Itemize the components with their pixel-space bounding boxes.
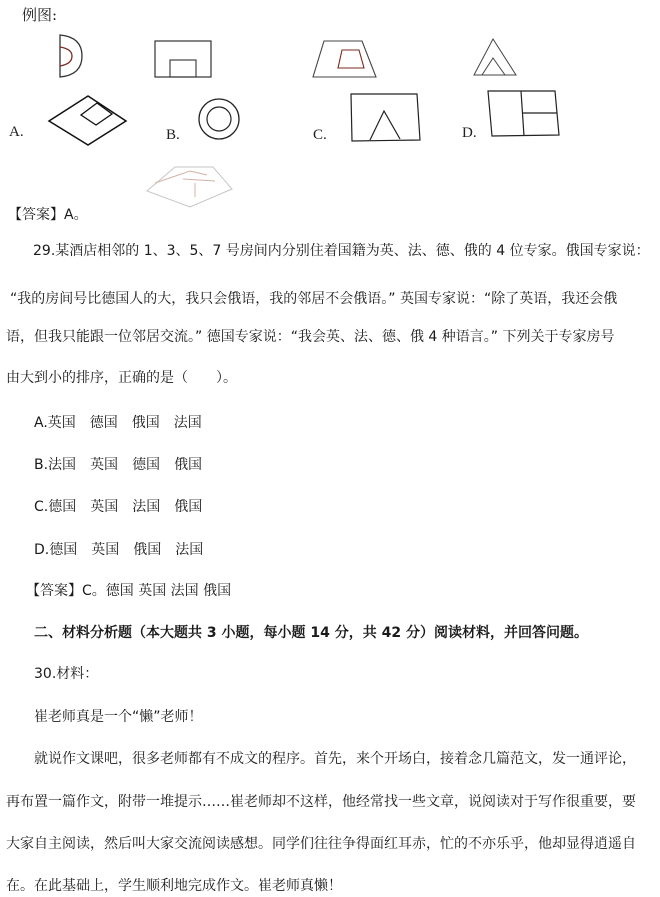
answer-28: 【答案】A。	[8, 206, 88, 224]
rhombus-with-inner-square-icon	[48, 95, 132, 147]
faint-parallelogram-mark	[135, 165, 235, 210]
option-d-letter: D.	[462, 125, 477, 142]
option-item: 法国	[132, 499, 160, 515]
option-29-c[interactable]: C.德国英国法国俄国	[34, 498, 202, 516]
option-item: 法国	[175, 542, 203, 558]
option-29-d[interactable]: D.德国英国俄国法国	[34, 541, 203, 559]
material-line-1: 就说作文课吧，很多老师都有不成文的程序。首先，来个开场白，接着念几篇范文，发一通…	[34, 750, 636, 768]
option-29-a[interactable]: A.英国德国俄国法国	[34, 414, 202, 432]
concentric-circles-icon	[197, 97, 243, 143]
rectangle-with-triangle-icon	[350, 93, 422, 143]
section-two-heading: 二、材料分析题（本大题共 3 小题，每小题 14 分，共 42 分）阅读材料，并…	[34, 624, 588, 642]
option-label: D.德国	[34, 542, 77, 558]
option-29-b[interactable]: B.法国英国德国俄国	[34, 456, 202, 474]
option-item: 俄国	[174, 499, 202, 515]
material-line-2: 再布置一篇作文，附带一堆提示……崔老师却不这样，他经常找一些文章，说阅读对于写作…	[6, 793, 636, 811]
option-c-letter: C.	[313, 127, 327, 144]
option-item: 德国	[90, 415, 118, 431]
question-30-label: 30.材料：	[34, 665, 98, 683]
rectangle-split-grid-icon	[487, 90, 561, 140]
option-label: A.英国	[34, 415, 76, 431]
option-item: 法国	[174, 415, 202, 431]
option-item: 英国	[91, 542, 119, 558]
option-label: B.法国	[34, 457, 76, 473]
material-line-4: 在。在此基础上，学生顺利地完成作文。崔老师真懒！	[6, 877, 342, 895]
option-b-letter: B.	[166, 127, 180, 144]
triangle-figure	[473, 38, 519, 78]
question-29-line-3: 语，但我只能跟一位邻居交流。” 德国专家说：“我会英、法、德、俄 4 种语言。”…	[6, 328, 614, 346]
d-shape-figure	[58, 33, 84, 79]
question-29-line-2: “我的房间号比德国人的大，我只会俄语，我的邻居不会俄语。” 英国专家说：“除了英…	[10, 290, 617, 308]
question-29-line-4: 由大到小的排序，正确的是（ ）。	[6, 369, 237, 387]
material-line-3: 大家自主阅读，然后叫大家交流阅读感想。同学们往往争得面红耳赤，忙的不亦乐乎，他却…	[6, 835, 636, 853]
option-item: 英国	[90, 457, 118, 473]
trapezoid-figure	[312, 39, 382, 81]
material-title: 崔老师真是一个“懒”老师！	[34, 708, 203, 726]
option-item: 俄国	[133, 542, 161, 558]
rectangle-with-inner-rect-figure	[154, 40, 214, 80]
example-label: 例图:	[22, 4, 57, 25]
option-item: 俄国	[174, 457, 202, 473]
option-item: 俄国	[132, 415, 160, 431]
question-29-line-1: 29.某酒店相邻的 1、3、5、7 号房间内分别住着国籍为英、法、德、俄的 4 …	[33, 242, 650, 260]
option-item: 德国	[132, 457, 160, 473]
answer-29: 【答案】C。德国 英国 法国 俄国	[26, 582, 231, 600]
option-item: 英国	[90, 499, 118, 515]
option-label: C.德国	[34, 499, 76, 515]
option-a-letter: A.	[9, 124, 24, 141]
